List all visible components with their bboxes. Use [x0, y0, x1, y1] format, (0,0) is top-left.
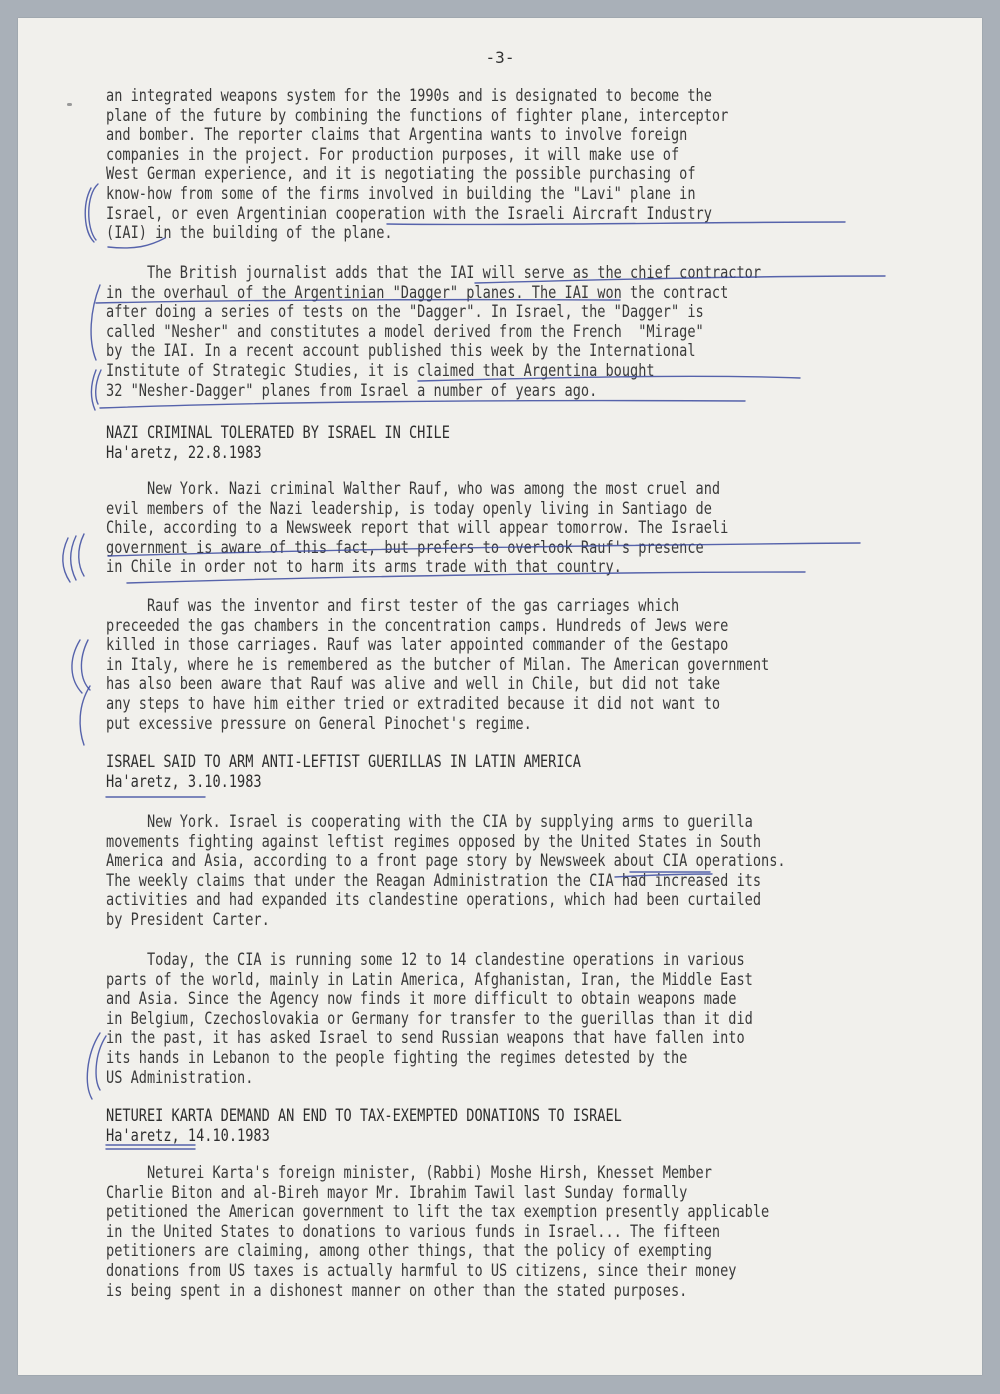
text-line: and bomber. The reporter claims that Arg… — [106, 125, 687, 145]
text-line: know-how from some of the firms involved… — [106, 184, 696, 204]
text-line: West German experience, and it is negoti… — [106, 164, 696, 184]
text-line: activities and had expanded its clandest… — [106, 890, 761, 910]
text-line: donations from US taxes is actually harm… — [106, 1261, 736, 1281]
text-line: in the past, it has asked Israel to send… — [106, 1028, 745, 1048]
text-line: in the overhaul of the Argentinian "Dagg… — [106, 283, 728, 303]
text-line: parts of the world, mainly in Latin Amer… — [106, 970, 753, 990]
text-line: put excessive pressure on General Pinoch… — [106, 714, 532, 734]
text-line: Chile, according to a Newsweek report th… — [106, 518, 728, 538]
text-line: New York. Nazi criminal Walther Rauf, wh… — [106, 479, 720, 499]
text-line: Today, the CIA is running some 12 to 14 … — [106, 950, 745, 970]
stray-mark — [67, 103, 72, 106]
page-number: -3- — [0, 48, 1000, 67]
text-line: plane of the future by combining the fun… — [106, 106, 728, 126]
article-source: Ha'aretz, 3.10.1983 — [106, 772, 262, 792]
article-headline: ISRAEL SAID TO ARM ANTI-LEFTIST GUERILLA… — [106, 752, 581, 772]
text-line: Israel, or even Argentinian cooperation … — [106, 204, 712, 224]
text-line: petitioners are claiming, among other th… — [106, 1241, 712, 1261]
text-line: in the United States to donations to var… — [106, 1222, 720, 1242]
text-line: has also been aware that Rauf was alive … — [106, 674, 720, 694]
text-line: killed in those carriages. Rauf was late… — [106, 635, 728, 655]
text-line: 32 "Nesher-Dagger" planes from Israel a … — [106, 381, 597, 401]
text-line: Institute of Strategic Studies, it is cl… — [106, 361, 655, 381]
text-line: any steps to have him either tried or ex… — [106, 694, 720, 714]
article-source: Ha'aretz, 14.10.1983 — [106, 1126, 270, 1146]
text-line: petitioned the American government to li… — [106, 1202, 769, 1222]
text-line: by President Carter. — [106, 910, 270, 930]
text-line: The British journalist adds that the IAI… — [106, 263, 761, 283]
text-line: evil members of the Nazi leadership, is … — [106, 499, 712, 519]
article-headline: NAZI CRIMINAL TOLERATED BY ISRAEL IN CHI… — [106, 423, 450, 443]
text-line: its hands in Lebanon to the people fight… — [106, 1048, 687, 1068]
text-line: in Chile in order not to harm its arms t… — [106, 557, 622, 577]
text-line: after doing a series of tests on the "Da… — [106, 302, 704, 322]
article-headline: NETUREI KARTA DEMAND AN END TO TAX-EXEMP… — [106, 1106, 622, 1126]
text-line: America and Asia, according to a front p… — [106, 851, 786, 871]
text-line: New York. Israel is cooperating with the… — [106, 812, 753, 832]
text-line: (IAI) in the building of the plane. — [106, 223, 393, 243]
text-line: is being spent in a dishonest manner on … — [106, 1281, 687, 1301]
text-line: companies in the project. For production… — [106, 145, 679, 165]
text-line: Neturei Karta's foreign minister, (Rabbi… — [106, 1163, 712, 1183]
text-line: called "Nesher" and constitutes a model … — [106, 322, 704, 342]
text-line: Rauf was the inventor and first tester o… — [106, 596, 679, 616]
text-line: Charlie Biton and al-Bireh mayor Mr. Ibr… — [106, 1183, 687, 1203]
text-line: US Administration. — [106, 1068, 253, 1088]
text-line: an integrated weapons system for the 199… — [106, 86, 712, 106]
text-line: in Belgium, Czechoslovakia or Germany fo… — [106, 1009, 753, 1029]
text-line: preceeded the gas chambers in the concen… — [106, 616, 728, 636]
text-line: government is aware of this fact, but pr… — [106, 538, 704, 558]
text-line: movements fighting against leftist regim… — [106, 832, 761, 852]
text-line: in Italy, where he is remembered as the … — [106, 655, 769, 675]
article-source: Ha'aretz, 22.8.1983 — [106, 443, 262, 463]
text-line: The weekly claims that under the Reagan … — [106, 871, 761, 891]
text-line: by the IAI. In a recent account publishe… — [106, 341, 696, 361]
text-line: and Asia. Since the Agency now finds it … — [106, 989, 736, 1009]
